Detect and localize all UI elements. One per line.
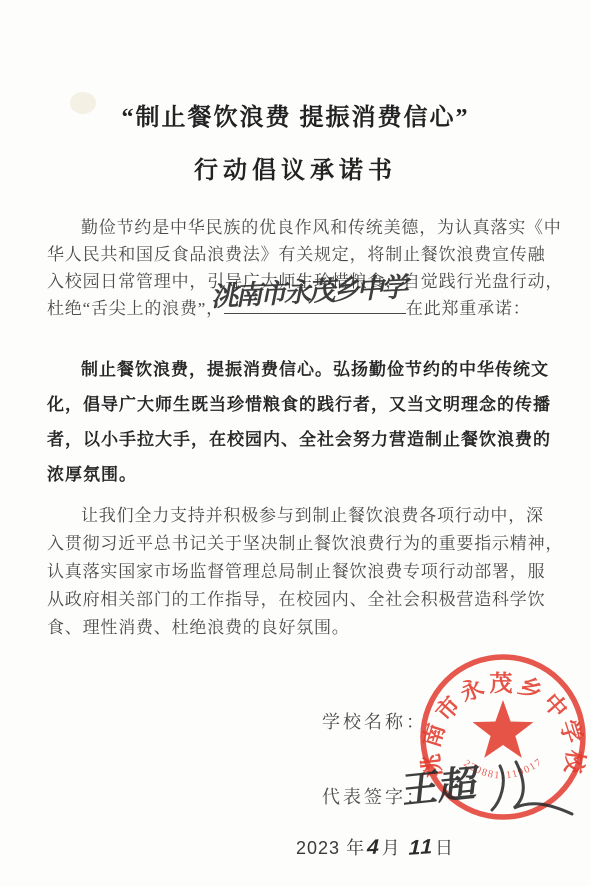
date-day-label: 日 [435,838,454,858]
text-line-with-blank: 杜绝“舌尖上的浪费”，洮南市永茂乡中学在此郑重承诺： [47,295,552,322]
paragraph-pledge-bold: 制止餐饮浪费，提振消费信心。弘扬勤俭节约的中华传统文 化，倡导广大师生既当珍惜粮… [47,352,552,492]
text-line: 浓厚氛围。 [47,457,552,492]
text-line: 华人民共和国反食品浪费法》有关规定，将制止餐饮浪费宣传融 [47,241,552,268]
handwritten-month: 4 [364,836,382,861]
signature-flourish-stroke [492,762,572,814]
scanned-pledge-document: “制止餐饮浪费 提振消费信心” 行动倡议承诺书 勤俭节约是中华民族的优良作风和传… [0,0,591,886]
document-title-line2: 行动倡议承诺书 [0,150,591,185]
date-month-label: 月 [382,838,401,858]
text-line: 勤俭节约是中华民族的优良作风和传统美德，为认真落实《中 [47,214,552,241]
text-line: 食、理性消费、杜绝浪费的良好氛围。 [47,614,552,642]
text-line: 让我们全力支持并积极参与到制止餐饮浪费各项行动中，深 [47,502,552,530]
signature-text: 王超 [404,762,480,812]
text-line: 认真落实国家市场监督管理总局制止餐饮浪费专项行动部署，服 [47,558,552,586]
text-line: 化，倡导广大师生既当珍惜粮食的践行者，又当文明理念的传播 [47,387,552,422]
document-title-line1: “制止餐饮浪费 提振消费信心” [0,97,591,132]
date-year-label: 年 [346,838,365,858]
date-year: 2023 [296,838,340,858]
handwritten-day: 11 [406,835,436,861]
handwritten-signature: 王超 [404,748,591,828]
school-name-blank-underline: 洮南市永茂乡中学 [224,295,406,314]
text-line: 制止餐饮浪费，提振消费信心。弘扬勤俭节约的中华传统文 [47,352,552,387]
school-name-label: 学校名称： [322,708,427,734]
blank-suffix-text: 在此郑重承诺： [406,299,531,318]
blank-prefix-text: 杜绝“舌尖上的浪费”， [47,299,224,318]
paragraph-intro: 勤俭节约是中华民族的优良作风和传统美德，为认真落实《中 华人民共和国反食品浪费法… [47,214,552,322]
text-line: 入贯彻习近平总书记关于坚决制止餐饮浪费行为的重要指示精神， [47,530,552,558]
date-line: 2023 年4月 11日 [296,834,454,860]
paragraph-action: 让我们全力支持并积极参与到制止餐饮浪费各项行动中，深 入贯彻习近平总书记关于坚决… [47,502,552,642]
text-line: 从政府相关部门的工作指导，在校园内、全社会积极营造科学饮 [47,586,552,614]
text-line: 者，以小手拉大手，在校园内、全社会努力营造制止餐饮浪费的 [47,422,552,457]
